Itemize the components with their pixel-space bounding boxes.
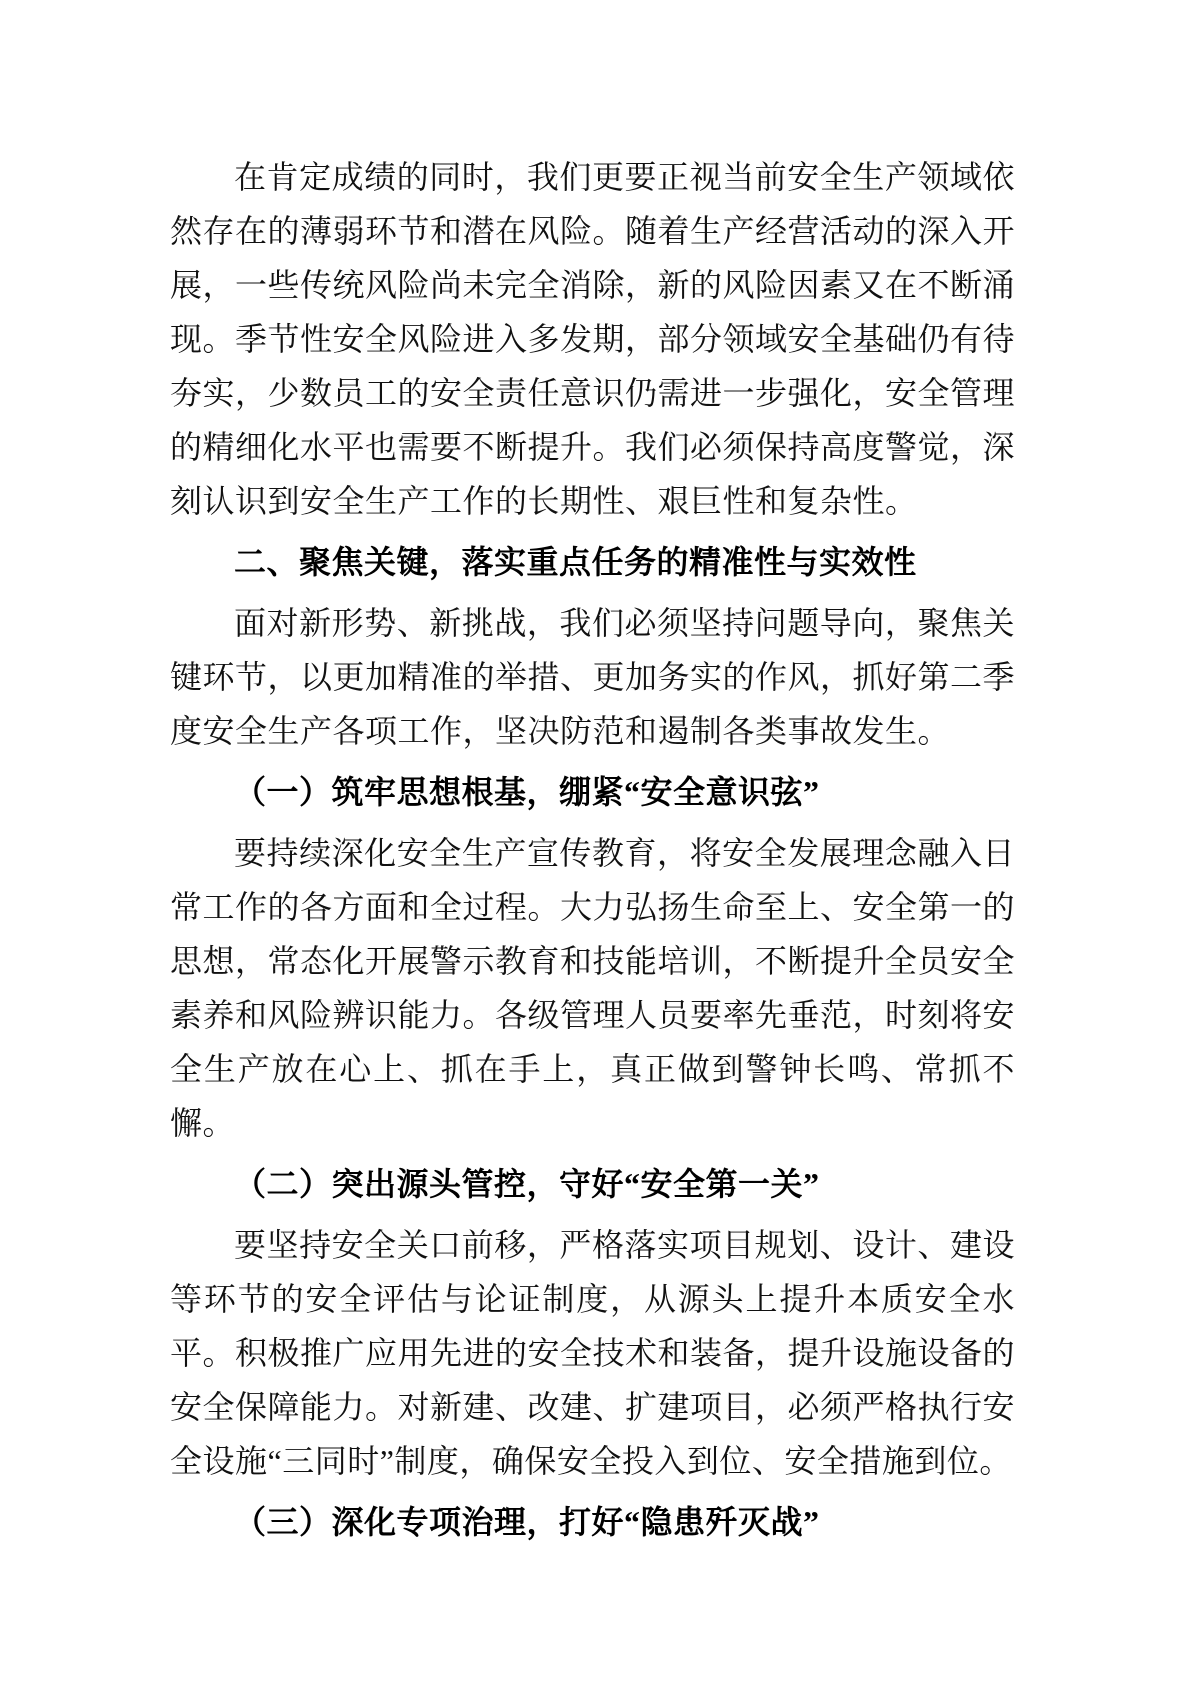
paragraph-current-risks: 在肯定成绩的同时，我们更要正视当前安全生产领域依然存在的薄弱环节和潜在风险。随着… bbox=[170, 150, 1015, 528]
subsection-heading-two: （二）突出源头管控，守好“安全第一关” bbox=[170, 1157, 1015, 1211]
paragraph-section-intro: 面对新形势、新挑战，我们必须坚持问题导向，聚焦关键环节，以更加精准的举措、更加务… bbox=[170, 596, 1015, 758]
document-page: 在肯定成绩的同时，我们更要正视当前安全生产领域依然存在的薄弱环节和潜在风险。随着… bbox=[0, 0, 1190, 1683]
subsection-heading-one: （一）筑牢思想根基，绷紧“安全意识弦” bbox=[170, 765, 1015, 819]
paragraph-safety-education: 要持续深化安全生产宣传教育，将安全发展理念融入日常工作的各方面和全过程。大力弘扬… bbox=[170, 826, 1015, 1150]
document-content: 在肯定成绩的同时，我们更要正视当前安全生产领域依然存在的薄弱环节和潜在风险。随着… bbox=[170, 150, 1015, 1556]
subsection-heading-three: （三）深化专项治理，打好“隐患歼灭战” bbox=[170, 1495, 1015, 1549]
section-heading-two: 二、聚焦关键，落实重点任务的精准性与实效性 bbox=[170, 535, 1015, 589]
paragraph-source-control: 要坚持安全关口前移，严格落实项目规划、设计、建设等环节的安全评估与论证制度，从源… bbox=[170, 1218, 1015, 1488]
